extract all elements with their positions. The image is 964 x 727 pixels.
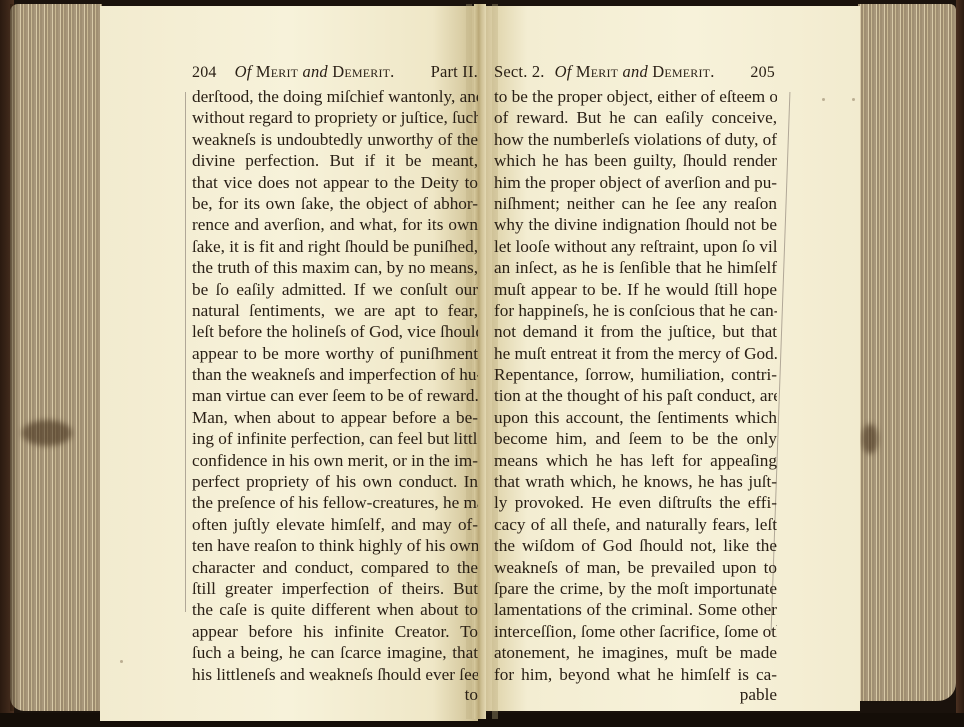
text-line: niſhment; neither can he ſee any reaſon (494, 193, 777, 214)
text-line: which he has been guilty, ſhould render (494, 150, 777, 171)
text-line: ſtill greater imperfection of theirs. Bu… (192, 578, 478, 599)
right-page-edges (858, 4, 956, 701)
page-number: 205 (750, 64, 775, 82)
text-line: perfect propriety of his own conduct. In (192, 471, 478, 492)
text-line: to be the proper object, either of eſtee… (494, 86, 777, 107)
running-head-right: Sect. 2. Of Merit and Demerit. 205 (494, 62, 777, 86)
text-line: weakneſs is undoubtedly unworthy of the (192, 129, 478, 150)
text-line: tion at the thought of his paſt conduct,… (494, 385, 777, 406)
text-line: not demand it from the juſtice, but that (494, 321, 777, 342)
stain-mark (22, 420, 72, 446)
text-line: ſpare the crime, by the moſt importunate (494, 578, 777, 599)
text-line: how the numberleſs violations of duty, o… (494, 129, 777, 150)
text-line: let looſe without any reſtraint, upon ſo… (494, 236, 777, 257)
text-line: ten have reaſon to think highly of his o… (192, 535, 478, 556)
stain-mark (862, 424, 878, 454)
text-line: weakneſs of man, be prevailed upon to (494, 557, 777, 578)
text-line: Repentance, ſorrow, humiliation, contri- (494, 364, 777, 385)
catchword: pable (494, 685, 777, 705)
text-line: ſuch a being, he can ſcarce imagine, tha… (192, 642, 478, 663)
text-line: appear to be more worthy of puniſhment (192, 343, 478, 364)
pencil-margin-mark (185, 92, 186, 612)
text-line: rence and averſion, and what, for its ow… (192, 214, 478, 235)
text-line: atonement, he imagines, muſt be made (494, 642, 777, 663)
text-line: for happineſs, he is conſcious that he c… (494, 300, 777, 321)
catchword: to (192, 685, 478, 705)
running-title: Of Merit and Demerit. (235, 62, 395, 82)
text-line: often juſtly elevate himſelf, and may of… (192, 514, 478, 535)
text-line: ſake, it is fit and right ſhould be puni… (192, 236, 478, 257)
running-head-left: 204 Of Merit and Demerit. Part II. (192, 62, 478, 86)
text-line: why the divine indignation ſhould not be (494, 214, 777, 235)
text-line: Man, when about to appear before a be- (192, 407, 478, 428)
text-line: his littleneſs and weakneſs ſhould ever … (192, 664, 478, 685)
text-line: that wrath which, he knows, he has juſt- (494, 471, 777, 492)
text-line: become him, and ſeem to be the only (494, 428, 777, 449)
text-line: for him, beyond what he himſelf is ca- (494, 664, 777, 685)
text-line: divine perfection. But if it be meant, (192, 150, 478, 171)
right-page-text: Sect. 2. Of Merit and Demerit. 205 to be… (494, 62, 777, 705)
text-line: derſtood, the doing miſchief wantonly, a… (192, 86, 478, 107)
text-line: the caſe is quite different when about t… (192, 599, 478, 620)
text-line: an inſect, as he is ſenſible that he him… (494, 257, 777, 278)
paper-speck (120, 660, 123, 663)
open-book: 204 Of Merit and Demerit. Part II. derſt… (0, 0, 964, 727)
text-line: upon this account, the ſentiments which (494, 407, 777, 428)
left-edge-shadow (10, 4, 18, 711)
text-line: him the proper object of averſion and pu… (494, 172, 777, 193)
paper-speck (852, 98, 855, 101)
text-line: muſt appear to be. If he would ſtill hop… (494, 279, 777, 300)
text-line: ly provoked. He even diſtruſts the effi- (494, 492, 777, 513)
text-line: the wiſdom of God ſhould not, like the (494, 535, 777, 556)
text-line: means which he has left for appeaſing (494, 450, 777, 471)
text-line: the preſence of his fellow-creatures, he… (192, 492, 478, 513)
paper-speck (822, 98, 825, 101)
section-label: Sect. 2. (494, 62, 545, 82)
text-line: ing of infinite perfection, can feel but… (192, 428, 478, 449)
text-line: man virtue can ever ſeem to be of reward… (192, 385, 478, 406)
text-line: confidence in his own merit, or in the i… (192, 450, 478, 471)
text-line: character and conduct, compared to the (192, 557, 478, 578)
text-line: cacy of all theſe, and naturally fears, … (494, 514, 777, 535)
left-page-text: 204 Of Merit and Demerit. Part II. derſt… (192, 62, 478, 705)
text-line: be ſo eaſily admitted. If we conſult our (192, 279, 478, 300)
text-line: of reward. But he can eaſily conceive, (494, 107, 777, 128)
page-number: 204 (192, 64, 217, 82)
text-line: the truth of this maxim can, by no means… (192, 257, 478, 278)
left-page-edges (10, 4, 102, 711)
text-line: lamentations of the criminal. Some other (494, 599, 777, 620)
text-line: appear before his infinite Creator. To (192, 621, 478, 642)
book-cover-right (956, 0, 964, 727)
text-line: leſt before the holineſs of God, vice ſh… (192, 321, 478, 342)
text-line: than the weakneſs and imperfection of hu… (192, 364, 478, 385)
text-line: he muſt entreat it from the mercy of God… (494, 343, 777, 364)
text-line: be, for its own ſake, the object of abho… (192, 193, 478, 214)
text-line: natural ſentiments, we are apt to fear, (192, 300, 478, 321)
part-label: Part II. (431, 62, 478, 82)
running-title: Of Merit and Demerit. (555, 62, 715, 82)
text-line: interceſſion, ſome other ſacrifice, ſome… (494, 621, 777, 642)
text-line: without regard to propriety or juſtice, … (192, 107, 478, 128)
text-line: that vice does not appear to the Deity t… (192, 172, 478, 193)
